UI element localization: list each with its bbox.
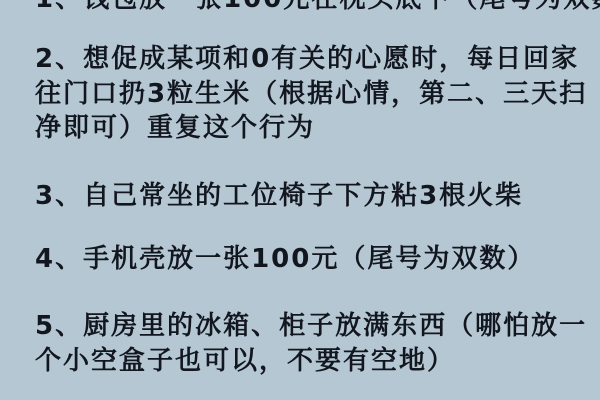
list-item-2-line-3: 净即可）重复这个行为 (35, 115, 590, 141)
list-item-2-line-1: 2、想促成某项和0有关的心愿时，每日回家 (35, 46, 590, 72)
text-image-page: 1、钱包放一张100元在枕头底下（尾号为双数） 2、想促成某项和0有关的心愿时，… (0, 0, 600, 400)
list-item-5-line-1: 5、厨房里的冰箱、柜子放满东西（哪怕放一 (35, 313, 590, 339)
list-item-5-line-2: 个小空盒子也可以，不要有空地） (35, 348, 590, 374)
list-item-3-line: 3、自己常坐的工位椅子下方粘3根火柴 (35, 183, 590, 209)
list-item-2-line-2: 往门口扔3粒生米（根据心情，第二、三天扫 (35, 81, 590, 107)
list-item-4-line: 4、手机壳放一张100元（尾号为双数） (35, 246, 590, 272)
list-item-1-clipped-line: 1、钱包放一张100元在枕头底下（尾号为双数） (35, 0, 590, 12)
